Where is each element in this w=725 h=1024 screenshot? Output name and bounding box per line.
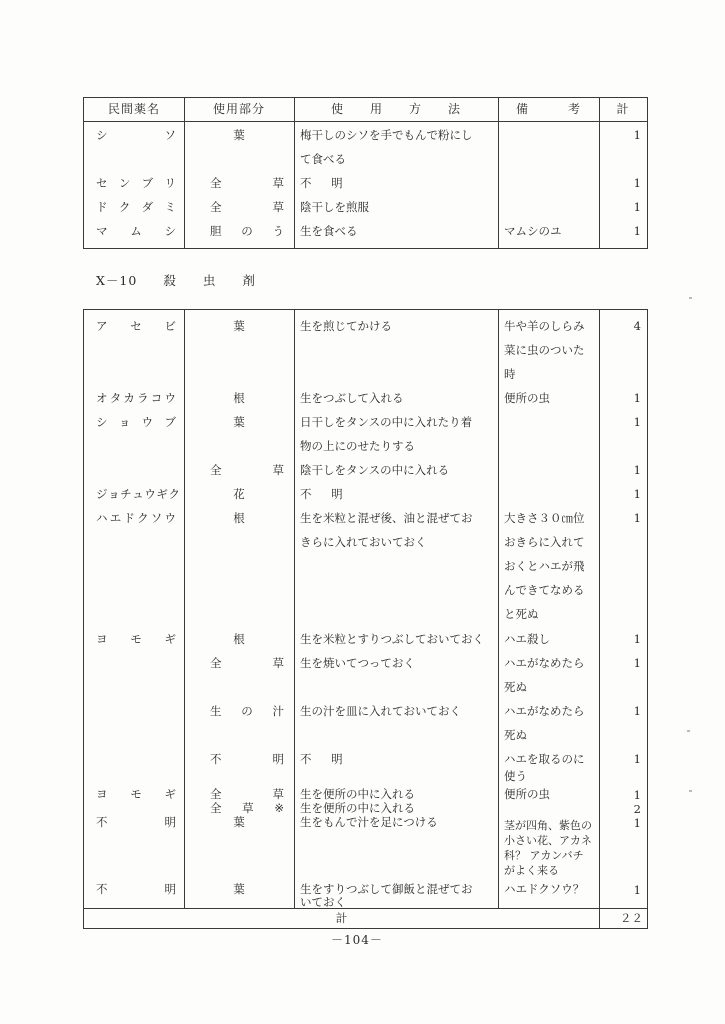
row-note: おきらに入れて <box>504 531 585 553</box>
row-part: 胆のう <box>210 220 284 242</box>
row-note: ハエを取るのに <box>504 748 585 770</box>
row-part: 花 <box>184 483 294 505</box>
row-note: 小さい花、アカネ <box>504 834 592 848</box>
row-note: ハエドクソウ？ <box>504 882 584 896</box>
row-part: 生の汁 <box>210 700 284 722</box>
section-code: X－10 <box>96 273 137 288</box>
page-number: －104－ <box>331 931 383 948</box>
row-note: ハエがなめたら <box>504 652 585 674</box>
row-name: センブリ <box>96 172 176 194</box>
section-char: 剤 <box>242 273 256 288</box>
scan-speck <box>687 730 690 732</box>
row-name: シソ <box>96 124 176 146</box>
row-part: 全草 <box>210 459 284 481</box>
row-name: オタカラコウ <box>96 387 176 409</box>
row-part: 葉 <box>184 315 294 337</box>
row-method: 不 明 <box>300 483 343 505</box>
row-count: 4 <box>599 315 641 337</box>
row-note: と死ぬ <box>504 603 539 625</box>
row-method: きらに入れておいておく <box>300 531 427 553</box>
row-count: 1 <box>599 387 641 409</box>
row-name: アセビ <box>96 315 176 337</box>
row-method: 生を米粒と混ぜ後、油と混ぜてお <box>300 507 473 529</box>
row-part: 葉 <box>184 411 294 433</box>
section-title: X－10殺虫剤 <box>96 271 282 289</box>
table-insecticide: アセビ 葉 生を煎じてかける 牛や羊のしらみ 菜に虫のついた 時 4 オタカラコ… <box>83 309 648 929</box>
row-count: 1 <box>599 652 641 674</box>
row-note: ハエがなめたら <box>504 700 585 722</box>
row-part: 全草※ <box>210 801 284 815</box>
row-count: 1 <box>599 883 641 897</box>
row-method: 生を米粒とすりつぶしておいておく <box>300 628 484 650</box>
row-count: 1 <box>599 748 641 770</box>
header-remarks: 備 考 <box>498 98 599 120</box>
row-method: いておく <box>300 895 346 909</box>
row-name: ジョチュウギク <box>96 483 180 505</box>
row-name: ショウブ <box>96 411 176 433</box>
row-note: 菜に虫のついた <box>504 339 585 361</box>
row-count: 1 <box>599 459 641 481</box>
row-count: 1 <box>599 700 641 722</box>
row-name: マムシ <box>96 220 176 242</box>
scan-speck <box>689 790 692 792</box>
row-name: 不明 <box>96 882 176 896</box>
row-name: ヨモギ <box>96 628 176 650</box>
row-count: 2 <box>599 802 641 816</box>
row-part: 根 <box>184 387 294 409</box>
row-note: がよく来る <box>504 864 559 878</box>
row-method: 生を便所の中に入れる <box>300 801 415 815</box>
row-method: 不 明 <box>300 172 343 194</box>
row-count: 1 <box>599 411 641 433</box>
row-note: 茎が四角、紫色の <box>504 819 592 833</box>
row-count: 1 <box>599 220 641 242</box>
row-note: 使う <box>504 769 527 783</box>
row-method: 物の上にのせたりする <box>300 435 415 457</box>
header-usage-method: 使 用 方 法 <box>294 98 498 120</box>
header-part-used: 使用部分 <box>184 98 294 120</box>
row-name: 不明 <box>96 815 176 829</box>
row-part: 不明 <box>210 748 284 770</box>
row-note: 大きさ３０㎝位 <box>504 507 585 529</box>
row-count: 1 <box>599 483 641 505</box>
row-method: 梅干しのシソを手でもんで粉にし <box>300 124 473 146</box>
row-count: 1 <box>599 816 641 830</box>
section-char: 殺 <box>163 273 177 288</box>
row-method: 日干しをタンスの中に入れたり着 <box>300 411 472 433</box>
row-name: ハエドクソウ <box>96 507 176 529</box>
row-name: ヨモギ <box>96 787 176 801</box>
table-folk-medicine-1: 民間薬名 使用部分 使 用 方 法 備 考 計 シソ 葉 梅干しのシソを手でもん… <box>83 97 648 249</box>
row-name: ドクダミ <box>96 196 176 218</box>
row-method: て食べる <box>300 148 346 170</box>
section-char: 虫 <box>203 273 217 288</box>
row-part: 根 <box>184 507 294 529</box>
header-count: 計 <box>599 98 647 120</box>
row-note: ハエ殺し <box>504 628 550 650</box>
row-note: 便所の虫 <box>504 787 550 801</box>
row-count: 1 <box>599 124 641 146</box>
row-part: 全草 <box>210 172 284 194</box>
row-part: 全草 <box>210 787 284 801</box>
row-count: 1 <box>599 788 641 802</box>
row-method: 生を食べる <box>300 220 358 242</box>
row-count: 1 <box>599 628 641 650</box>
row-part: 葉 <box>184 815 294 829</box>
row-method: 生をつぶして入れる <box>300 387 404 409</box>
row-part: 根 <box>184 628 294 650</box>
total-value: ２２ <box>599 908 643 928</box>
row-note: 死ぬ <box>504 724 527 746</box>
row-method: 生の汁を皿に入れておいておく <box>300 700 461 722</box>
row-note: 科？ アカンバチ <box>504 849 584 863</box>
row-note: マムシのユ <box>504 220 562 242</box>
row-method: 生を便所の中に入れる <box>300 787 415 801</box>
row-note: んできてなめる <box>504 579 585 601</box>
row-note: 牛や羊のしらみ <box>504 315 585 337</box>
row-count: 1 <box>599 507 641 529</box>
header-folk-name: 民間薬名 <box>84 98 184 120</box>
row-method: 生を煎じてかける <box>300 315 392 337</box>
scan-speck <box>689 297 692 299</box>
row-part: 全草 <box>210 196 284 218</box>
total-label: 計 <box>84 908 599 928</box>
row-part: 全草 <box>210 652 284 674</box>
row-method: 生をもんで汁を足につける <box>300 815 438 829</box>
row-part: 葉 <box>184 124 294 146</box>
row-note: おくとハエが飛 <box>504 555 585 577</box>
row-method: 陰干しを煎服 <box>300 196 369 218</box>
row-method: 陰干しをタンスの中に入れる <box>300 459 449 481</box>
row-method: 不 明 <box>300 748 343 770</box>
row-method: 生をすりつぶして御飯と混ぜてお <box>300 882 473 896</box>
row-note: 時 <box>504 363 516 385</box>
row-count: 1 <box>599 172 641 194</box>
row-note: 死ぬ <box>504 676 527 698</box>
row-count: 1 <box>599 196 641 218</box>
row-note: 便所の虫 <box>504 387 550 409</box>
row-method: 生を焼いてつっておく <box>300 652 415 674</box>
row-part: 葉 <box>184 882 294 896</box>
